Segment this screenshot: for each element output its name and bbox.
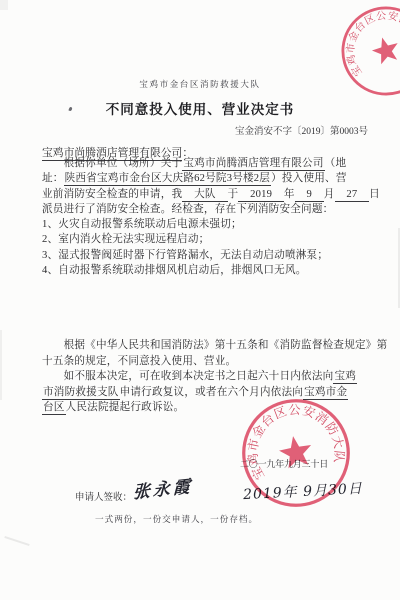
body-line: 1、火灾自动报警系统联动后电源未强切； bbox=[42, 217, 378, 232]
body-line: 2、室内消火栓无法实现远程启动； bbox=[42, 232, 378, 247]
body-line: 根据你单位（场所）关于宝鸡市尚腾酒店管理有限公司（地 bbox=[42, 156, 378, 171]
scanned-document-page: 宝鸡市金台区消防救援大队 不同意投入使用、营业决定书 宝金消安不字〔2019〕第… bbox=[0, 0, 400, 600]
fill-in-underlined: 宝鸡 bbox=[333, 371, 357, 384]
body-text-segment: ）投入使用、营 bbox=[271, 173, 347, 184]
body-text-segment: 业前消防安全检查的申请，我 bbox=[42, 189, 182, 200]
body-line: 如不服本决定，可在收到本决定书之日起六十日内依法向宝鸡 bbox=[42, 369, 378, 385]
scan-edge-smudge bbox=[4, 536, 29, 546]
copies-note: 一式两份，一份交申请人，一份存档。 bbox=[95, 513, 258, 525]
fill-in-underlined: 台区 bbox=[42, 402, 66, 415]
official-seal-bottom: 宝鸡市金台区公安消防大队 bbox=[230, 387, 362, 519]
body-text-segment: 申请行政复议，或者在六个月内依法向 bbox=[120, 387, 304, 398]
body-text-segment: 根据你单位（场所）关于 bbox=[42, 158, 182, 169]
star-icon bbox=[277, 433, 314, 469]
body-line: 派员进行了消防安全检查。经检查，存在下列消防安全问题： bbox=[42, 202, 378, 217]
body-line: 4、自动报警系统联动排烟风机启动后，排烟风口无风。 bbox=[42, 263, 378, 278]
fill-in-underlined: 2019 bbox=[238, 189, 284, 202]
body-paragraph: 根据你单位（场所）关于宝鸡市尚腾酒店管理有限公司（地址：陕西省宝鸡市金台区大庆路… bbox=[42, 156, 378, 278]
body-line: 根据《中华人民共和国消防法》第十五条和《消防监督检查规定》第 bbox=[42, 338, 378, 354]
fill-in-underlined: 9 bbox=[295, 189, 324, 202]
issuing-org-header: 宝鸡市金台区消防救援大队 bbox=[0, 78, 400, 90]
body-line: 3、湿式报警阀延时器下行管路漏水，无法自动启动喷淋泵； bbox=[42, 248, 378, 263]
document-title: 不同意投入使用、营业决定书 bbox=[0, 98, 400, 118]
body-text-segment: 派员进行了消防安全检查。经检查，存在下列消防安全问题： bbox=[42, 204, 333, 215]
body-line: 业前消防安全检查的申请，我 大队 于 2019 年 9 月 27 日 bbox=[42, 187, 378, 202]
body-text-segment: 根据《中华人民共和国消防法》第十五条和《消防监督检查规定》第 bbox=[42, 340, 387, 351]
body-text-segment: 4、自动报警系统联动排烟风机启动后，排烟风口无风。 bbox=[42, 265, 307, 276]
fill-in-underlined: 陕西省宝鸡市金台区大庆路62号院3号楼2层 bbox=[64, 173, 271, 186]
body-text-segment: 如不服本决定，可在收到本决定书之日起六十日内依法向 bbox=[42, 371, 333, 382]
body-text-segment: （地 bbox=[325, 158, 347, 169]
applicant-signature: 张永霞 bbox=[133, 472, 194, 504]
scan-edge-smudge bbox=[0, 330, 2, 400]
fill-in-underlined: 大队 bbox=[182, 189, 227, 202]
body-text-segment: 年 bbox=[284, 189, 295, 200]
body-line: 十五条的规定，不同意投入使用、营业。 bbox=[42, 354, 378, 370]
scan-edge-smudge bbox=[0, 0, 8, 10]
body-line: 址：陕西省宝鸡市金台区大庆路62号院3号楼2层）投入使用、营 bbox=[42, 171, 378, 186]
body-text-segment: 人民法院提起行政诉讼。 bbox=[66, 402, 185, 413]
official-seal-top-right: 宝鸡市金台区公安消防大队 bbox=[328, 0, 400, 109]
fill-in-underlined: 市消防救援支队 bbox=[42, 387, 120, 400]
body-text-segment: 3、湿式报警阀延时器下行管路漏水，无法自动启动喷淋泵； bbox=[42, 250, 328, 261]
applicant-sign-label: 申请人签收： bbox=[75, 489, 132, 503]
body-text-segment: 1、火灾自动报警系统联动后电源未强切； bbox=[42, 219, 242, 230]
body-text-segment: 2、室内消火栓无法实现远程启动； bbox=[42, 234, 209, 245]
body-text-segment: 月 bbox=[324, 189, 335, 200]
fill-in-underlined: 宝鸡市尚腾酒店管理有限公司 bbox=[182, 158, 324, 171]
body-text-segment: 日 bbox=[369, 189, 380, 200]
body-text-segment: 于 bbox=[228, 189, 239, 200]
body-text-segment: 址： bbox=[42, 173, 64, 184]
body-text-segment: 十五条的规定，不同意投入使用、营业。 bbox=[42, 356, 236, 367]
fill-in-underlined: 27 bbox=[335, 189, 370, 202]
star-icon bbox=[369, 34, 400, 66]
document-number: 宝金消安不字〔2019〕第0003号 bbox=[235, 123, 368, 137]
